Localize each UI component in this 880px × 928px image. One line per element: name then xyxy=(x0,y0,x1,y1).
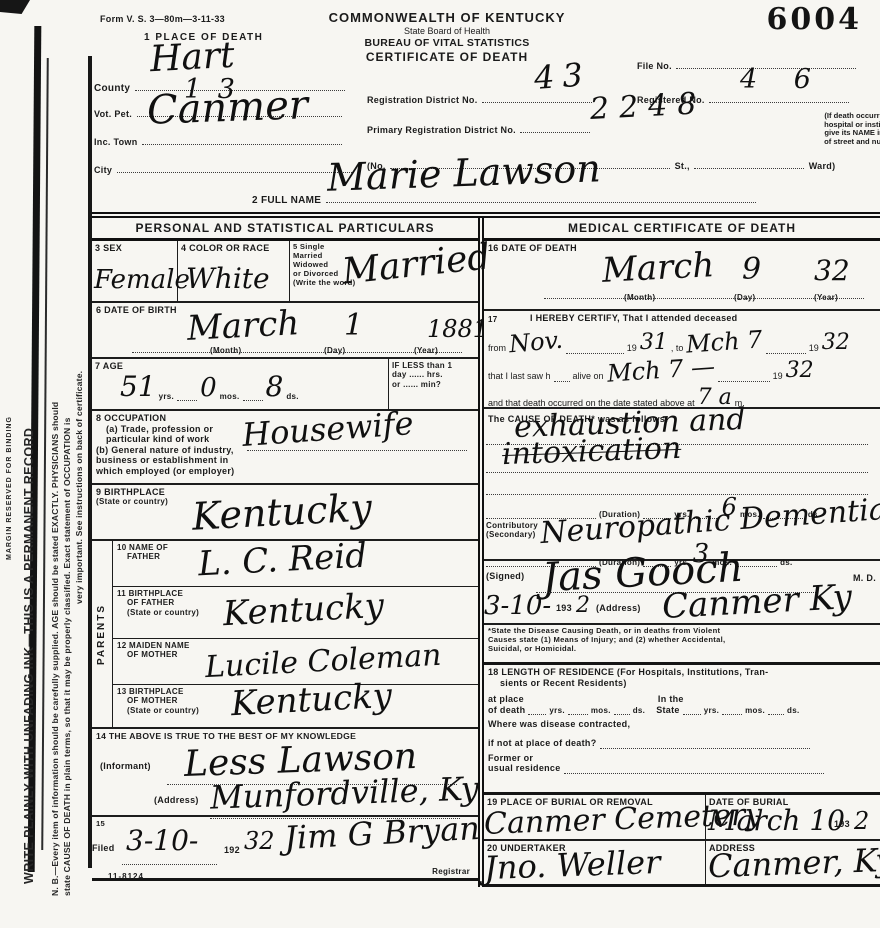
from-dots xyxy=(566,344,624,354)
registrar-signature-handwriting: Jim G Bryan xyxy=(283,812,480,854)
if-not-label: if not at place of death? xyxy=(488,738,597,749)
margin-nb-note-line2: state CAUSE OF DEATH in plain terms, so … xyxy=(62,417,72,896)
last-saw-value-handwriting: Mch 7 — xyxy=(606,354,715,385)
sex-label: 3 SEX xyxy=(95,243,174,253)
dob-year-caption: (Year) xyxy=(414,346,438,355)
personal-particulars-column: PERSONAL AND STATISTICAL PARTICULARS 3 S… xyxy=(92,218,484,887)
state-board-subtitle: State Board of Health xyxy=(282,26,612,36)
form-header: Form V. S. 3—80m—3-11-33 1 PLACE OF DEAT… xyxy=(92,0,880,212)
date-of-death-row: 16 DATE OF DEATH March 9 32 (Month) (Day… xyxy=(484,241,880,311)
sex-cell: 3 SEX Female xyxy=(92,241,178,301)
residence-atplace-line: at place In the xyxy=(488,694,876,705)
mother-bp-handwriting: Kentucky xyxy=(230,679,392,721)
if-less-cell: IF LESS than 1 day ...... hrs. or ......… xyxy=(388,359,478,409)
marital-cell: 5 Single Married Widowed or Divorced (Wr… xyxy=(290,241,478,301)
undertaker-handwriting: Jno. Weller xyxy=(483,846,660,884)
res-yrs2: yrs. xyxy=(704,706,719,715)
res-dots4 xyxy=(683,705,701,715)
dob-day-caption: (Day) xyxy=(324,346,346,355)
of-death-label: of death xyxy=(488,705,525,716)
full-name-value-handwriting: Marie Lawson xyxy=(326,149,601,197)
filed-row: 15 Filed 3-10- 192 32 Jim G Bryan Regist… xyxy=(92,817,478,881)
age-row: 7 AGE 51 yrs. 0 mos. 8 ds. xyxy=(92,359,478,411)
parents-label: PARENTS xyxy=(97,603,108,664)
commonwealth-title: COMMONWEALTH OF KENTUCKY xyxy=(282,10,612,25)
inc-town-label: Inc. Town xyxy=(94,137,138,147)
registration-district-label: Registration District No. xyxy=(367,95,478,105)
father-bp-handwriting: Kentucky xyxy=(222,589,384,631)
full-name-label: 2 FULL NAME xyxy=(252,195,321,206)
age-cell: 7 AGE 51 yrs. 0 mos. 8 ds. xyxy=(92,359,388,409)
ward-label: Ward) xyxy=(809,161,836,171)
parents-block: PARENTS 10 NAME OF FATHER L. C. Reid 11 … xyxy=(92,541,478,729)
age-months-handwriting: 0 xyxy=(200,375,217,401)
burial-row: 19 PLACE OF BURIAL OR REMOVAL Canmer Cem… xyxy=(484,795,880,841)
cause-footnote-row: *State the Disease Causing Death, or in … xyxy=(484,625,880,665)
hospital-note: (If death occurred in a hospital or inst… xyxy=(784,112,880,147)
dob-year-handwriting: 1881 xyxy=(427,317,488,341)
hospital-note-line4: of street and number.) xyxy=(784,138,880,147)
burial-year-printed: 193 xyxy=(834,819,850,829)
burial-place-cell: 19 PLACE OF BURIAL OR REMOVAL Canmer Cem… xyxy=(484,795,706,839)
primary-district-row: Primary Registration District No. xyxy=(367,120,590,138)
former-line2: usual residence xyxy=(488,763,876,774)
at-place-label: at place xyxy=(488,694,524,705)
secondary-label: (Secondary) xyxy=(486,530,536,539)
md-label: M. D. xyxy=(853,573,876,583)
res-dots6 xyxy=(768,705,784,715)
usual-residence-blank xyxy=(564,764,824,774)
contracted-label: Where was disease contracted, xyxy=(488,719,876,730)
city-row: City xyxy=(94,160,352,178)
dob-day-handwriting: 1 xyxy=(344,311,363,341)
parents-tab: PARENTS xyxy=(92,541,113,727)
last-saw-year-handwriting: 32 xyxy=(786,360,814,382)
street-blank2 xyxy=(694,159,804,169)
res-ds1: ds. xyxy=(633,706,645,715)
burial-date-cell: DATE OF BURIAL March 10 193 2 xyxy=(706,795,880,839)
residence-title-line2: sients or Recent Residents) xyxy=(500,678,876,689)
scan-edge-line xyxy=(41,58,49,850)
margin-write-plainly-note: WRITE PLAINLY WITH UNFADING INK—THIS IS … xyxy=(22,428,36,884)
from-value-handwriting: Nov. xyxy=(508,327,564,356)
birthplace-value-handwriting: Kentucky xyxy=(191,488,373,535)
from-year-handwriting: 31 xyxy=(640,332,668,354)
dod-year-caption: (Year) xyxy=(814,293,838,302)
age-yrs-label: yrs. xyxy=(159,392,174,401)
certification-number: 17 xyxy=(488,315,498,324)
from-label: from xyxy=(488,343,506,354)
dob-month-caption: (Month) xyxy=(210,346,241,355)
occupation-row: 8 OCCUPATION (a) Trade, profession or pa… xyxy=(92,411,478,485)
if-less-line3: or ...... min? xyxy=(392,380,475,389)
primary-district-label: Primary Registration District No. xyxy=(367,125,516,135)
if-not-line: if not at place of death? xyxy=(488,738,876,749)
dod-day-caption: (Day) xyxy=(734,293,756,302)
residence-row: 18 LENGTH OF RESIDENCE (For Hospitals, I… xyxy=(484,665,880,795)
certificate-stamp-number: 6004 xyxy=(767,2,863,37)
registrar-label: Registrar xyxy=(432,867,470,876)
dod-month-caption: (Month) xyxy=(624,293,655,302)
dob-blank xyxy=(132,343,462,353)
date-of-birth-row: 6 DATE OF BIRTH March 1 1881 (Month) (Da… xyxy=(92,303,478,359)
informant-label: (Informant) xyxy=(100,761,151,771)
mother-birthplace-row: 13 BIRTHPLACE OF MOTHER (State or countr… xyxy=(113,685,478,727)
father-birthplace-row: 11 BIRTHPLACE OF FATHER (State or countr… xyxy=(113,587,478,639)
res-dots1 xyxy=(528,705,546,715)
vot-pet-label: Vot. Pet. xyxy=(94,109,132,119)
dod-year-handwriting: 32 xyxy=(814,257,850,285)
dod-month-handwriting: March xyxy=(601,248,715,288)
state-label: State xyxy=(656,705,680,716)
filed-date-blank xyxy=(122,855,217,865)
if-less-line2: day ...... hrs. xyxy=(392,370,475,379)
res-dots2 xyxy=(568,705,588,715)
to-label: , to xyxy=(671,343,684,354)
margin-nb-note-line1: N. B.—Every item of information should b… xyxy=(50,402,60,896)
undertaker-address-handwriting: Canmer, Ky xyxy=(707,844,880,882)
from-year-printed: 19 xyxy=(627,343,637,354)
certificate-body: PERSONAL AND STATISTICAL PARTICULARS 3 S… xyxy=(92,212,880,887)
res-mos1: mos. xyxy=(591,706,611,715)
in-the-label: In the xyxy=(658,694,684,705)
city-blank xyxy=(117,163,352,173)
last-saw-dots2 xyxy=(718,372,770,382)
occupation-b-line2: business or establishment in xyxy=(96,455,474,466)
primary-district-value-handwriting: 2248 xyxy=(589,89,707,125)
if-not-blank xyxy=(600,739,810,749)
signed-label: (Signed) xyxy=(486,571,524,581)
residence-title-line1: 18 LENGTH OF RESIDENCE (For Hospitals, I… xyxy=(488,667,876,678)
bureau-subtitle: BUREAU OF VITAL STATISTICS xyxy=(282,37,612,49)
age-dots1 xyxy=(177,391,197,401)
sex-race-marital-row: 3 SEX Female 4 COLOR OR RACE White 5 Sin… xyxy=(92,241,478,303)
burial-date-handwriting: March 10 xyxy=(708,807,845,835)
undertaker-address-cell: ADDRESS Canmer, Ky xyxy=(706,841,880,884)
county-value-handwriting: Hart xyxy=(149,38,235,78)
contributory-label: Contributory xyxy=(486,521,538,530)
signed-row: (Signed) Jas Gooch M. D. 3-10- 193 2 (Ad… xyxy=(484,561,880,625)
mother-name-row: 12 MAIDEN NAME OF MOTHER Lucile Coleman xyxy=(113,639,478,685)
burial-year-handwriting: 2 xyxy=(854,809,869,833)
signed-year-handwriting: 2 xyxy=(576,595,590,617)
to-dots xyxy=(766,344,806,354)
age-ds-label: ds. xyxy=(286,392,298,401)
certify-statement: I HEREBY CERTIFY, That I attended deceas… xyxy=(530,313,876,324)
age-values-line: 51 yrs. 0 mos. 8 ds. xyxy=(120,373,299,401)
res-dots5 xyxy=(722,705,742,715)
res-mos2: mos. xyxy=(745,706,765,715)
attended-from-line: from Nov. 19 31 , to Mch 7 19 32 xyxy=(488,330,876,354)
dod-day-handwriting: 9 xyxy=(742,255,761,285)
alive-label: alive on xyxy=(573,371,604,382)
scan-corner-artifact xyxy=(0,0,30,14)
dob-month-handwriting: March xyxy=(186,306,300,346)
occupation-b-line3: which employed (or employer) xyxy=(96,466,474,477)
inc-town-row: Inc. Town xyxy=(94,132,364,150)
signed-address-label: (Address) xyxy=(596,603,641,613)
residence-values-line: of death yrs. mos. ds. State yrs. mos. d… xyxy=(488,705,876,716)
cause-blank2 xyxy=(486,463,868,473)
father-name-row: 10 NAME OF FATHER L. C. Reid xyxy=(113,541,478,587)
signed-year-printed: 193 xyxy=(556,603,572,613)
res-ds2: ds. xyxy=(787,706,799,715)
county-label: County xyxy=(94,83,130,94)
informant-address-handwriting: Munfordville, Ky xyxy=(210,772,480,813)
last-saw-label: that I last saw h xyxy=(488,371,551,382)
last-saw-dots1 xyxy=(554,372,570,382)
informant-address-label: (Address) xyxy=(154,795,199,805)
parents-rows: 10 NAME OF FATHER L. C. Reid 11 BIRTHPLA… xyxy=(113,541,478,727)
street-label: St., xyxy=(675,161,690,171)
race-cell: 4 COLOR OR RACE White xyxy=(178,241,290,301)
filed-date-handwriting: 3-10- xyxy=(126,827,198,855)
signed-date-handwriting: 3-10- xyxy=(484,593,551,619)
if-less-line1: IF LESS than 1 xyxy=(392,361,475,370)
birthplace-row: 9 BIRTHPLACE (State or country) Kentucky xyxy=(92,485,478,541)
res-yrs1: yrs. xyxy=(549,706,564,715)
undertaker-cell: 20 UNDERTAKER Jno. Weller xyxy=(484,841,706,884)
form-print-code: 11-8124 xyxy=(108,872,144,881)
former-label-line1: Former or xyxy=(488,753,876,764)
age-years-handwriting: 51 xyxy=(120,373,156,401)
medical-certificate-column: MEDICAL CERTIFICATE OF DEATH 16 DATE OF … xyxy=(484,218,880,887)
inc-town-blank xyxy=(142,135,342,145)
undertaker-row: 20 UNDERTAKER Jno. Weller ADDRESS Canmer… xyxy=(484,841,880,887)
footnote-line3: Suicidal, or Homicidal. xyxy=(488,645,876,654)
filed-label: Filed xyxy=(92,843,115,853)
sex-value-handwriting: Female xyxy=(94,267,190,293)
file-no-label: File No. xyxy=(637,61,672,71)
signed-address-handwriting: Canmer Ky xyxy=(661,580,853,624)
margin-binding-note: MARGIN RESERVED FOR BINDING xyxy=(6,416,13,560)
race-label: 4 COLOR OR RACE xyxy=(181,243,286,253)
form-number: Form V. S. 3—80m—3-11-33 xyxy=(100,14,225,24)
to-value-handwriting: Mch 7 xyxy=(686,327,764,356)
inc-town-value-handwriting: Canmer xyxy=(146,85,308,131)
death-certificate-scan: MARGIN RESERVED FOR BINDING WRITE PLAINL… xyxy=(0,0,880,928)
registration-district-value-handwriting: 43 xyxy=(533,58,592,94)
filed-year-handwriting: 32 xyxy=(244,829,275,853)
to-year-printed: 19 xyxy=(809,343,819,354)
personal-particulars-title: PERSONAL AND STATISTICAL PARTICULARS xyxy=(92,218,478,241)
medical-certificate-title: MEDICAL CERTIFICATE OF DEATH xyxy=(484,218,880,241)
age-dots2 xyxy=(243,391,263,401)
city-label: City xyxy=(94,165,112,175)
last-saw-year-printed: 19 xyxy=(773,371,783,382)
margin-nb-note-line3: very important. See instructions on back… xyxy=(74,371,84,604)
father-name-handwriting: L. C. Reid xyxy=(197,539,368,582)
informant-row: 14 THE ABOVE IS TRUE TO THE BEST OF MY K… xyxy=(92,729,478,817)
cause-blank3 xyxy=(486,485,868,495)
certification-row: 17 I HEREBY CERTIFY, That I attended dec… xyxy=(484,311,880,409)
race-value-handwriting: White xyxy=(186,265,270,293)
cause-of-death-row: exhaustion and intoxication (Duration) y… xyxy=(484,409,880,561)
usual-residence-label: usual residence xyxy=(488,763,561,774)
filed-year-printed: 192 xyxy=(224,845,240,855)
primary-district-blank xyxy=(520,123,590,133)
last-saw-line: that I last saw h alive on Mch 7 — 19 32 xyxy=(488,358,876,382)
age-mos-label: mos. xyxy=(220,392,240,401)
to-year-handwriting: 32 xyxy=(822,332,850,354)
res-dots3 xyxy=(614,705,630,715)
age-days-handwriting: 8 xyxy=(266,373,284,401)
registered-no-value-handwriting: 4 6 xyxy=(740,66,825,93)
